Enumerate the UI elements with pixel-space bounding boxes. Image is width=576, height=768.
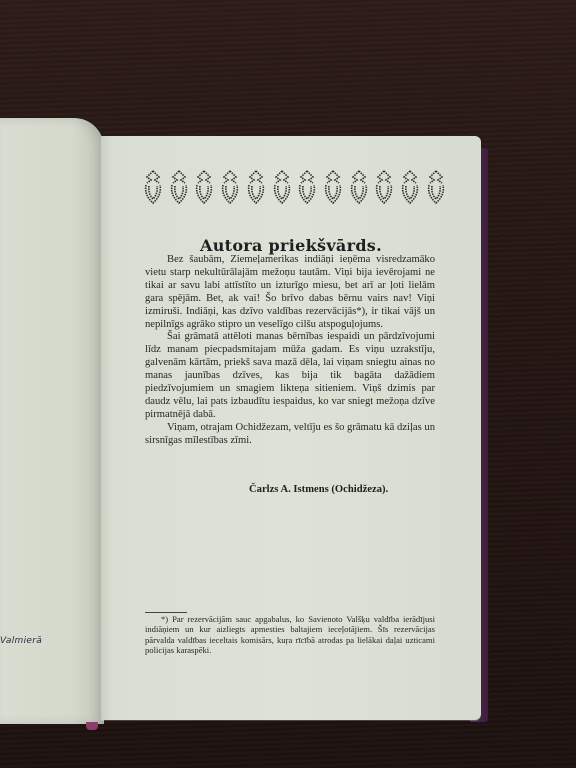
ornament-icon xyxy=(142,169,164,205)
right-page: Autora priekšvārds. Bez šaubām, Ziemeļam… xyxy=(101,136,481,720)
ornament-icon xyxy=(425,169,447,205)
ornament-icon xyxy=(296,169,318,205)
author-signature: Čarlzs A. Istmens (Ochidžeza). xyxy=(249,484,388,495)
paragraph: Šai grāmatā attēloti manas bērnības iesp… xyxy=(145,331,435,421)
ornament-icon xyxy=(219,169,241,205)
ornament-icon xyxy=(373,169,395,205)
ornament-icon xyxy=(348,169,370,205)
footnote: *) Par rezervācijām sauc apgabalus, ko S… xyxy=(145,614,435,656)
ornament-icon xyxy=(322,169,344,205)
ornament-icon xyxy=(399,169,421,205)
left-page-stamp: Valmierā xyxy=(0,636,42,646)
left-page xyxy=(0,118,104,724)
page-title: Autora priekšvārds. xyxy=(101,236,481,255)
footnote-rule xyxy=(145,612,187,613)
foreword-body: Bez šaubām, Ziemeļamerikas indiāņi ieņēm… xyxy=(145,254,435,448)
paragraph: Viņam, otrajam Ochidžezam, veltīju es šo… xyxy=(145,422,435,448)
ornament-icon xyxy=(271,169,293,205)
paragraph: Bez šaubām, Ziemeļamerikas indiāņi ieņēm… xyxy=(145,254,435,331)
left-page-cover-corner xyxy=(86,722,98,730)
ornament-icon xyxy=(168,169,190,205)
ornament-icon xyxy=(193,169,215,205)
ornament-icon xyxy=(245,169,267,205)
ornament-border xyxy=(142,169,447,205)
